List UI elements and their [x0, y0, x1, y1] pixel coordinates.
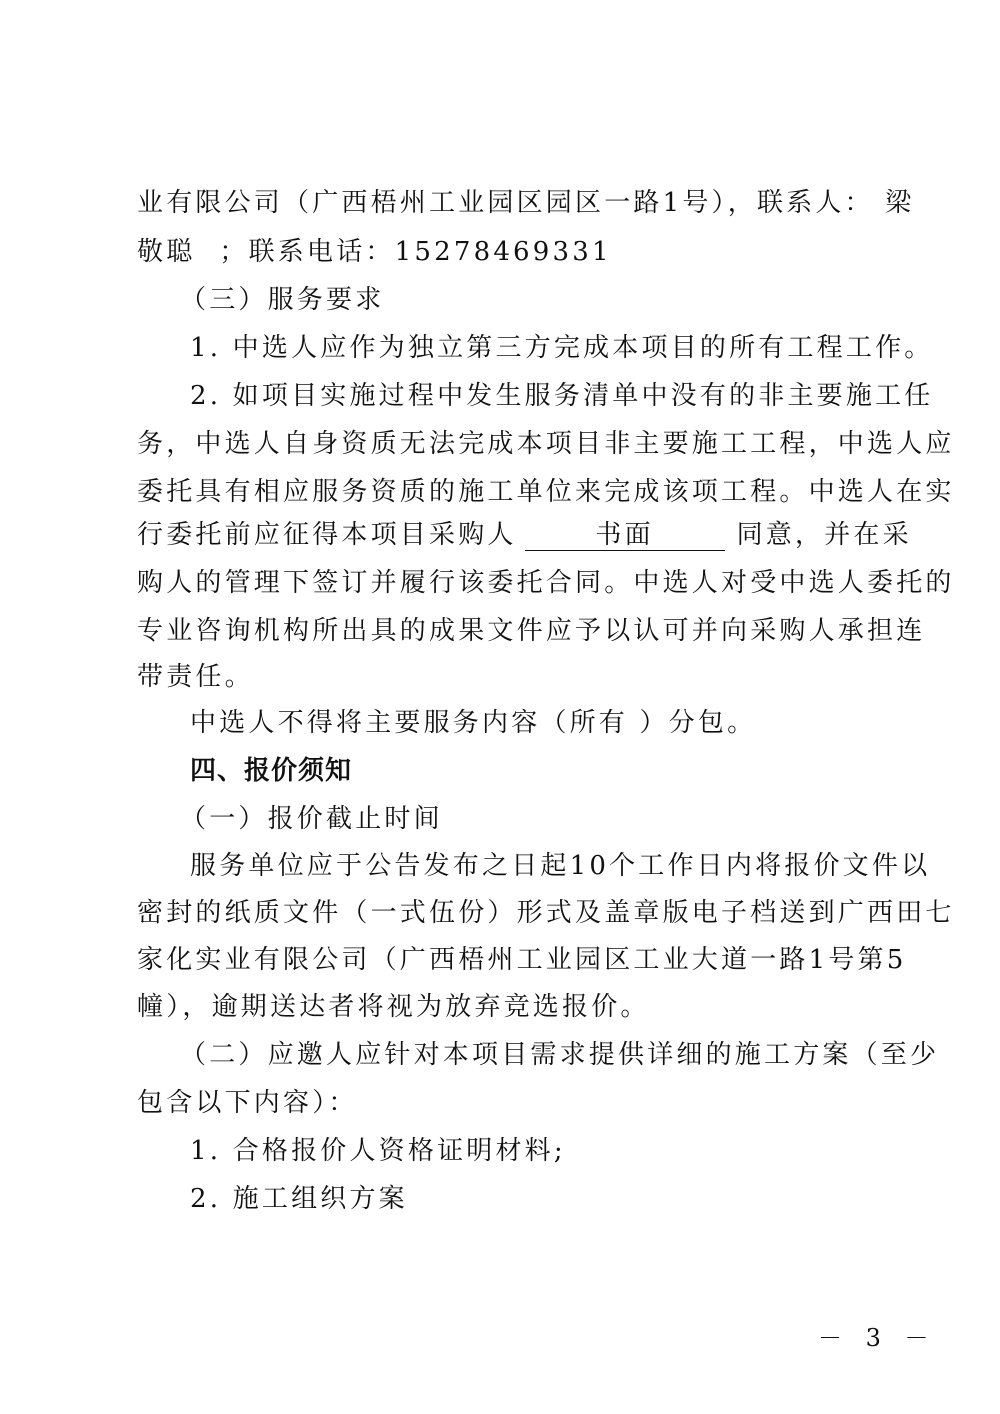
service-requirements-heading: （三）服务要求: [180, 283, 870, 317]
contact-line-2: 敬聪；联系电话：15278469331: [137, 235, 877, 269]
service-item-2-line-1: 2. 如项目实施过程中发生服务清单中没有的非主要施工任: [190, 379, 880, 413]
service-item-2-blank-line: 行委托前应征得本项目采购人书面同意，并在采: [137, 518, 877, 552]
service-item-2-line-7: 带责任。: [137, 660, 877, 694]
contact-name: 敬聪: [137, 237, 195, 267]
service-item-1: 1. 中选人应作为独立第三方完成本项目的所有工程工作。: [190, 331, 880, 365]
deadline-heading: （一）报价截止时间: [180, 802, 870, 836]
deadline-line-3: 家化实业有限公司（广西梧州工业园区工业大道一路1号第5: [137, 943, 852, 977]
service-item-2-line-2: 务，中选人自身资质无法完成本项目非主要施工工程，中选人应: [137, 427, 877, 461]
blank-line-after: 同意，并在采: [737, 520, 912, 550]
contact-phone: ；联系电话：15278469331: [219, 237, 611, 267]
plan-item-2: 2. 施工组织方案: [190, 1182, 880, 1216]
deadline-line-4: 幢），逾期送达者将视为放弃竞选报价。: [137, 990, 877, 1024]
blank-line-before: 行委托前应征得本项目采购人: [137, 520, 517, 550]
deadline-line-2: 密封的纸质文件（一式伍份）形式及盖章版电子档送到广西田七: [137, 896, 877, 930]
quote-notice-heading: 四、报价须知: [190, 754, 880, 788]
plan-heading-line-1: （二）应邀人应针对本项目需求提供详细的施工方案（至少: [180, 1038, 877, 1072]
plan-item-1: 1. 合格报价人资格证明材料;: [190, 1134, 880, 1168]
consent-type-blank: 书面: [525, 520, 725, 551]
plan-heading-line-2: 包含以下内容）：: [137, 1086, 877, 1120]
contact-line-1: 业有限公司（广西梧州工业园区园区一路1号），联系人： 梁: [137, 186, 877, 220]
page-number: － 3 －: [818, 1318, 937, 1353]
service-item-2-line-3: 委托具有相应服务资质的施工单位来完成该项工程。中选人在实: [137, 475, 877, 509]
service-item-2-line-6: 专业咨询机构所出具的成果文件应予以认可并向采购人承担连: [137, 614, 877, 648]
service-item-2-line-5: 购人的管理下签订并履行该委托合同。中选人对受中选人委托的: [137, 566, 877, 600]
document-page: 业有限公司（广西梧州工业园区园区一路1号），联系人： 梁 敬聪；联系电话：152…: [0, 0, 1000, 1414]
deadline-line-1: 服务单位应于公告发布之日起10个工作日内将报价文件以: [190, 849, 880, 883]
no-subcontract-clause: 中选人不得将主要服务内容（所有 ）分包。: [190, 706, 880, 740]
